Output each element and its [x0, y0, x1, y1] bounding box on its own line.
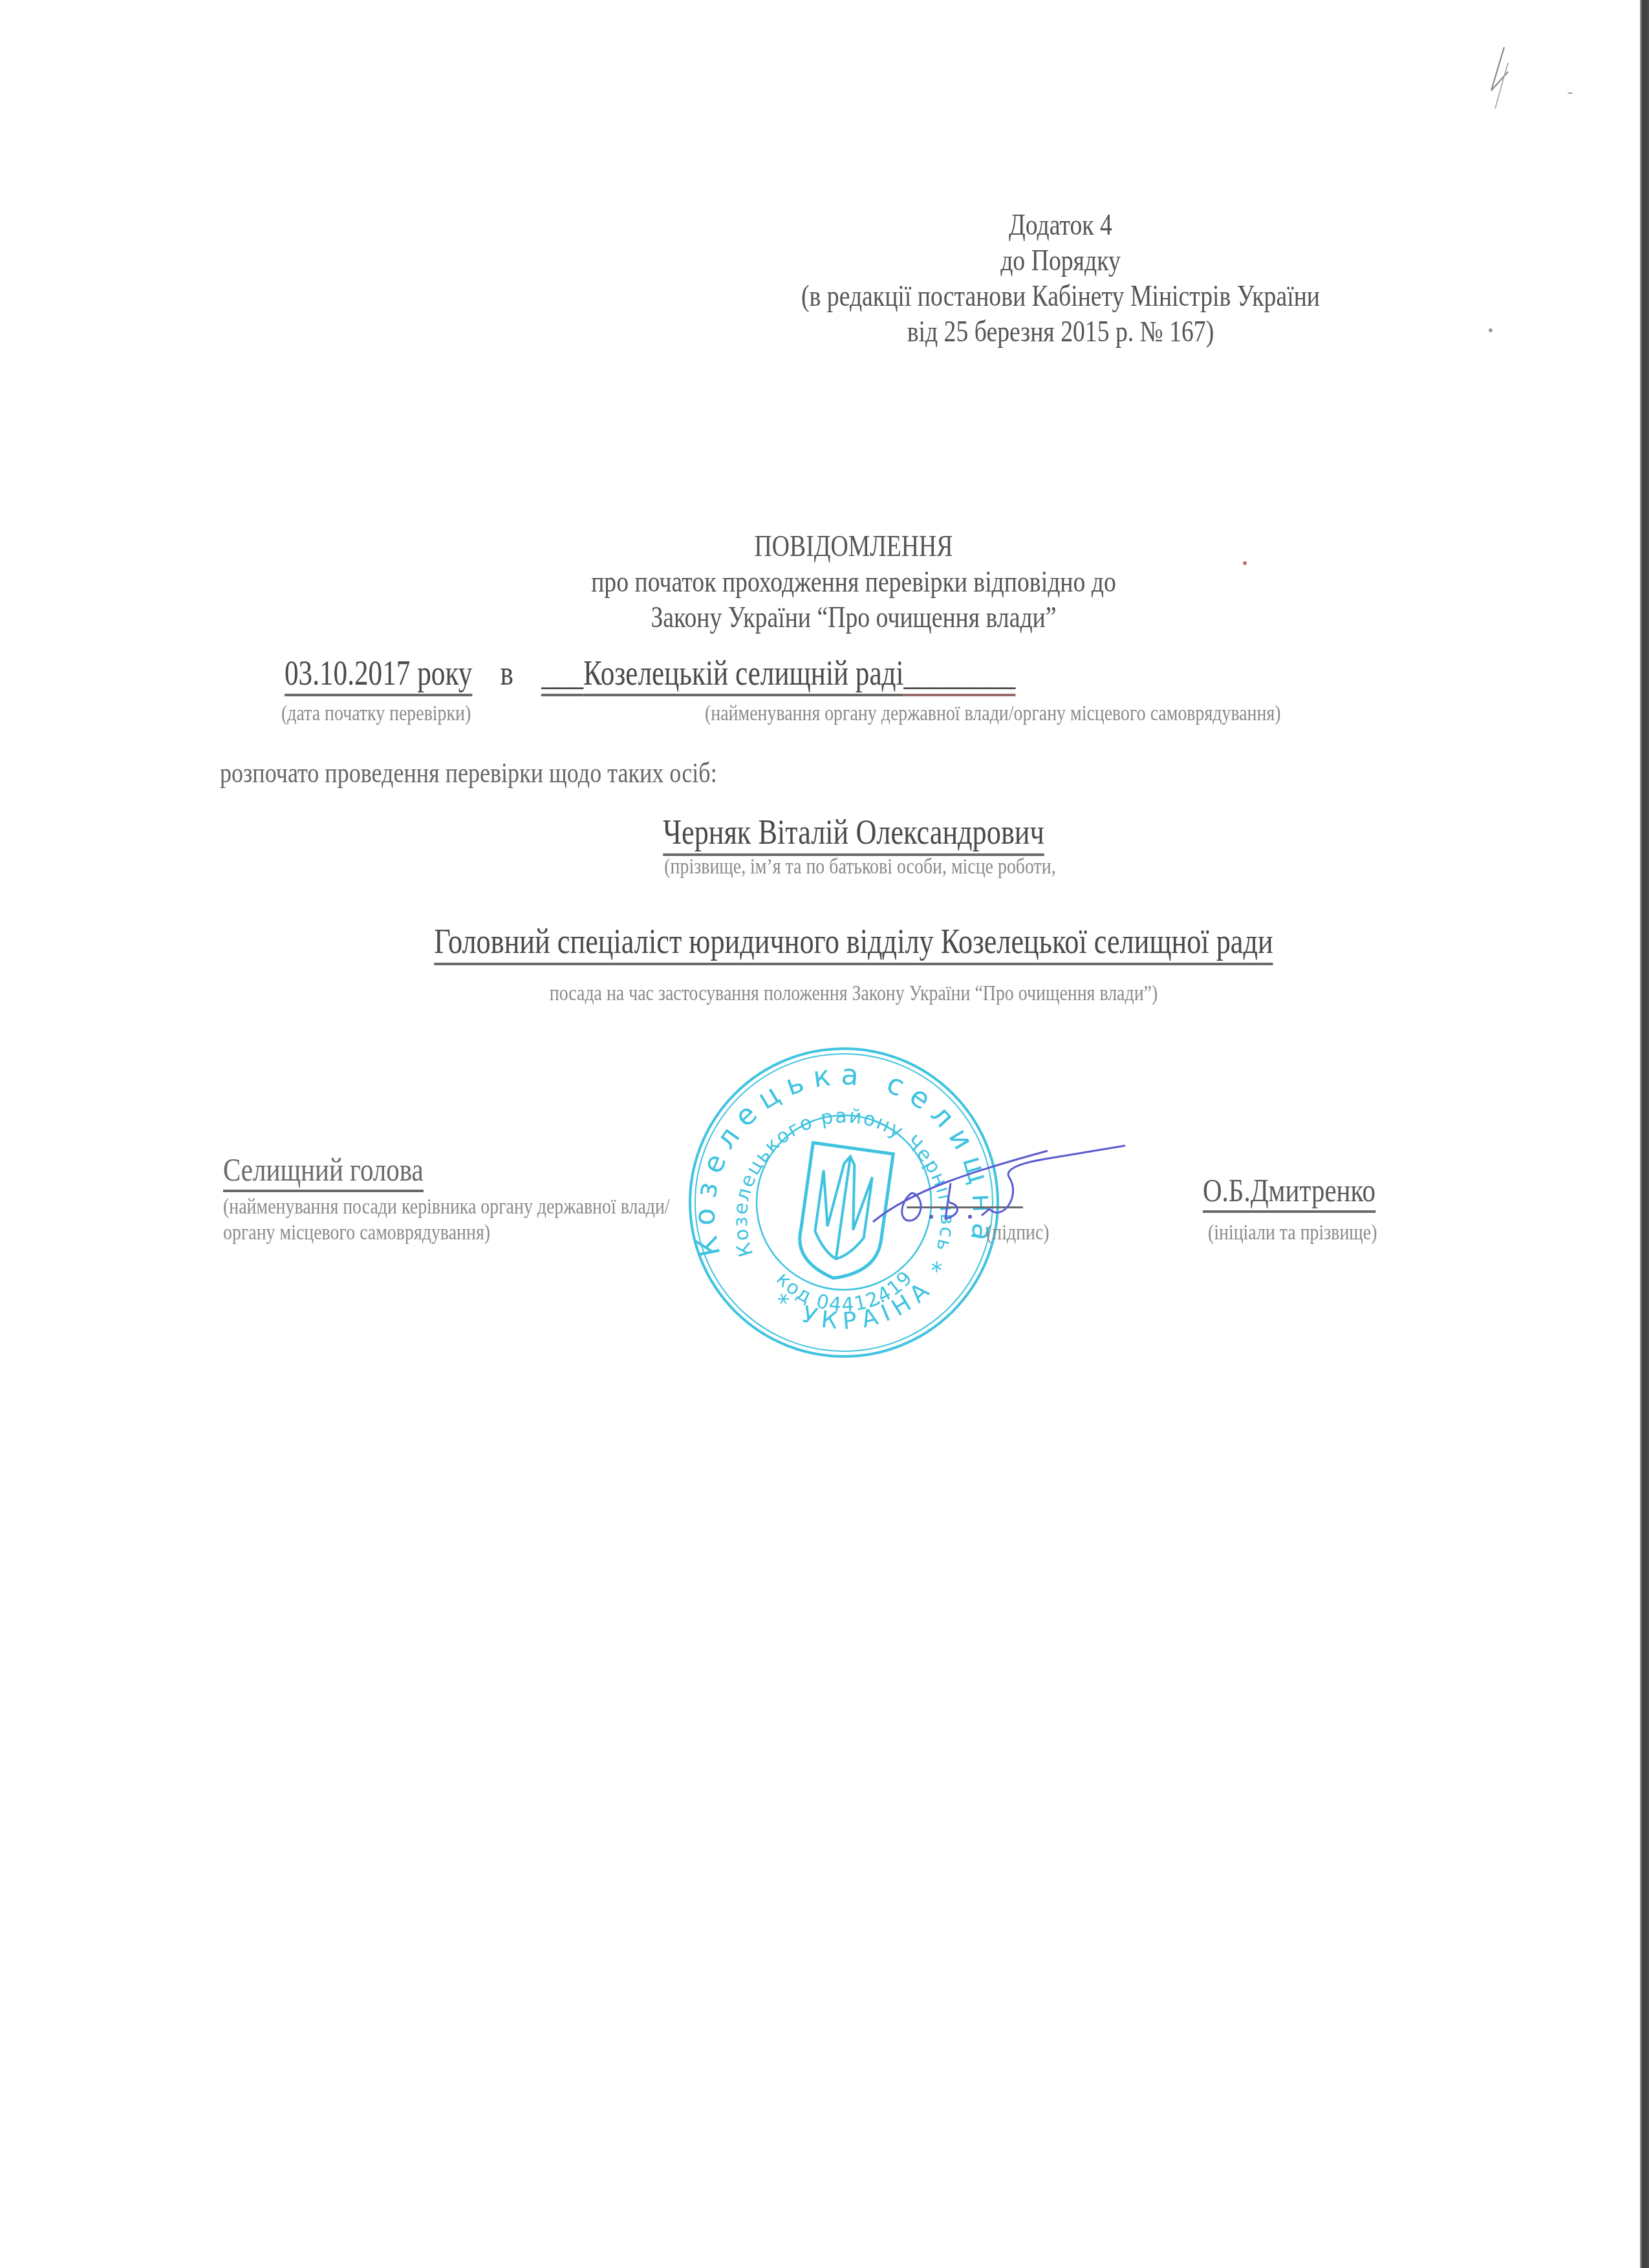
- annex-order: до Порядку: [987, 246, 1134, 275]
- signature-label: (підпис): [986, 1221, 1063, 1245]
- signer-post-label-2: органу місцевого самоврядування): [223, 1221, 549, 1245]
- check-organ-suffix: ________: [904, 654, 1016, 696]
- scan-speck: [1568, 92, 1573, 94]
- check-date-label: (дата початку перевірки): [281, 701, 513, 726]
- annex-edition: (в редакції постанови Кабінету Міністрів…: [744, 281, 1377, 311]
- signer-name: О.Б.Дмитренко: [1203, 1171, 1414, 1213]
- check-date: 03.10.2017 року: [285, 654, 472, 696]
- check-line: 03.10.2017 року в ___Козелецькій селищні…: [285, 653, 1198, 693]
- scan-speck: [1489, 328, 1493, 332]
- person-name: Черняк Віталій Олександрович: [621, 812, 1086, 856]
- check-organ: Козелецькій селищній раді: [583, 654, 904, 696]
- handwritten-page-number: [1481, 36, 1520, 116]
- signer-post: Селищний голова: [223, 1151, 468, 1192]
- check-preposition: в: [501, 654, 513, 692]
- person-name-label: (прізвище, ім’я та по батькові особи, мі…: [621, 855, 1099, 879]
- scan-edge: [1640, 0, 1649, 2268]
- document-subtitle-1: про початок проходження перевірки відпов…: [533, 567, 1174, 597]
- person-position-label: посада на час застосування положення Зак…: [483, 981, 1225, 1006]
- check-organ-label: (найменування органу державної влади/орг…: [705, 701, 1407, 726]
- scan-speck: [1243, 561, 1247, 565]
- document-title: ПОВІДОМЛЕННЯ: [733, 531, 975, 561]
- signer-post-label-1: (найменування посади керівника органу де…: [223, 1195, 768, 1219]
- document-subtitle-2: Закону України “Про очищення влади”: [607, 603, 1101, 632]
- intro-text: розпочато проведення перевірки щодо таки…: [220, 756, 826, 789]
- annex-resolution: від 25 березня 2015 р. № 167): [874, 317, 1248, 347]
- signer-name-label: (ініціали та прізвище): [1208, 1221, 1414, 1245]
- person-position: Головний спеціаліст юридичного відділу К…: [342, 921, 1365, 965]
- annex-number: Додаток 4: [997, 210, 1123, 240]
- check-organ-prefix: ___: [541, 654, 583, 696]
